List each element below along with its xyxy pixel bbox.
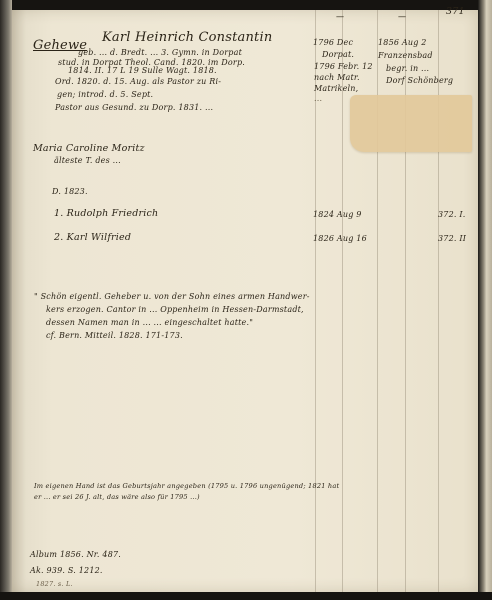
- entry-line: gen; introd. d. 5. Sept.: [57, 90, 153, 99]
- child-name: 1. Rudolph Friedrich: [54, 208, 158, 219]
- birth-date: 1796 Dec: [313, 38, 353, 47]
- child-reference: 372. I.: [438, 210, 465, 219]
- scan-bottom-edge: [0, 592, 492, 600]
- child-reference: 372. II: [438, 234, 466, 243]
- death-place: Franzensbad: [378, 51, 433, 60]
- note-line: " Schön eigentl. Geheber u. von der Sohn…: [34, 292, 310, 301]
- birth-year-note: er ... er sei 26 J. alt, das wäre also f…: [34, 493, 200, 501]
- entry-line: 1814. II. 17 L 19 Sulle Wagt. 1818.: [68, 66, 217, 75]
- note-line: dessen Namen man in ... ... eingeschalte…: [46, 318, 253, 327]
- child-birth-date: 1826 Aug 16: [313, 234, 367, 243]
- child-name: 2. Karl Wilfried: [54, 232, 131, 243]
- column-header: —: [336, 12, 344, 21]
- entry-line: Ord. 1820. d. 15. Aug. als Pastor zu Ri-: [55, 77, 221, 86]
- child-birth-date: 1824 Aug 9: [313, 210, 362, 219]
- birth-note: Matrikeln,: [314, 84, 358, 93]
- scan-top-edge: [0, 0, 492, 10]
- birth-year-note: Im eigenen Hand ist das Geburtsjahr ange…: [34, 482, 339, 490]
- note-line: cf. Bern. Mitteil. 1828. 171-173.: [46, 331, 183, 340]
- entry-line: Pastor aus Gesund. zu Dorp. 1831. ...: [55, 103, 213, 112]
- page-stack-edge: [478, 0, 492, 600]
- note-line: kers erzogen. Cantor in ... Oppenheim in…: [46, 305, 304, 314]
- marriage-marker: D. 1823.: [52, 187, 88, 196]
- spouse-note: älteste T. des ...: [54, 156, 121, 165]
- reference-line: 1827. s. L.: [36, 580, 73, 588]
- spouse-name: Maria Caroline Moritz: [33, 143, 145, 154]
- entry-line: geb. ... d. Bredt. ... 3. Gymn. in Dorpa…: [78, 48, 242, 57]
- reference-line: Ak. 939. S. 1212.: [30, 566, 103, 575]
- birth-note: nach Matr.: [314, 73, 360, 82]
- burial-note: begr. in ...: [386, 64, 429, 73]
- reference-line: Album 1856. Nr. 487.: [30, 550, 121, 559]
- paper-slip: [350, 95, 472, 152]
- birth-note: 1796 Febr. 12: [314, 62, 373, 71]
- birth-place: Dorpat.: [322, 50, 354, 59]
- book-binding: [0, 0, 12, 600]
- column-header: —: [398, 12, 406, 21]
- entry-given-names: Karl Heinrich Constantin: [102, 30, 272, 45]
- birth-note: ...: [314, 94, 322, 103]
- column-rule: [342, 10, 343, 592]
- page-number: 371: [446, 6, 465, 17]
- death-date: 1856 Aug 2: [378, 38, 427, 47]
- burial-place: Dorf Schönberg: [386, 76, 453, 85]
